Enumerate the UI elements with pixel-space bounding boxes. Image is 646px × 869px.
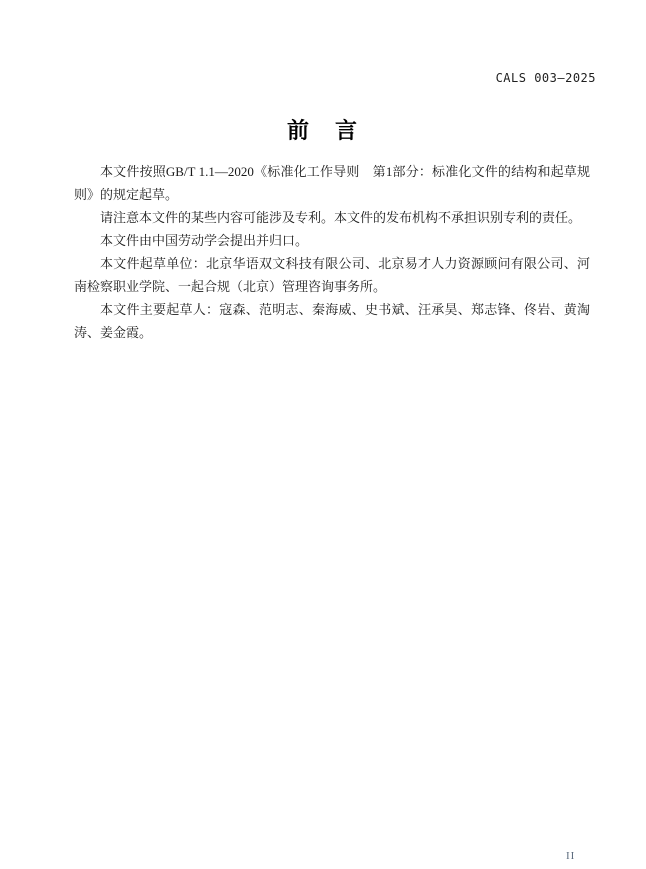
document-page: CALS 003—2025 前 言 本文件按照GB/T 1.1—2020《标准化… xyxy=(0,0,646,869)
foreword-paragraph: 本文件由中国劳动学会提出并归口。 xyxy=(74,229,590,252)
foreword-paragraph: 本文件主要起草人：寇森、范明志、秦海威、史书斌、汪承昊、郑志锋、佟岩、黄淘涛、姜… xyxy=(74,298,590,344)
foreword-paragraph: 本文件按照GB/T 1.1—2020《标准化工作导则 第1部分：标准化文件的结构… xyxy=(74,160,590,206)
foreword-paragraph: 请注意本文件的某些内容可能涉及专利。本文件的发布机构不承担识别专利的责任。 xyxy=(74,206,590,229)
foreword-paragraph: 本文件起草单位：北京华语双文科技有限公司、北京易才人力资源顾问有限公司、河南检察… xyxy=(74,252,590,298)
page-number: II xyxy=(566,850,575,862)
foreword-body: 本文件按照GB/T 1.1—2020《标准化工作导则 第1部分：标准化文件的结构… xyxy=(74,160,590,344)
page-title: 前 言 xyxy=(0,114,646,145)
standard-code-header: CALS 003—2025 xyxy=(496,71,596,85)
